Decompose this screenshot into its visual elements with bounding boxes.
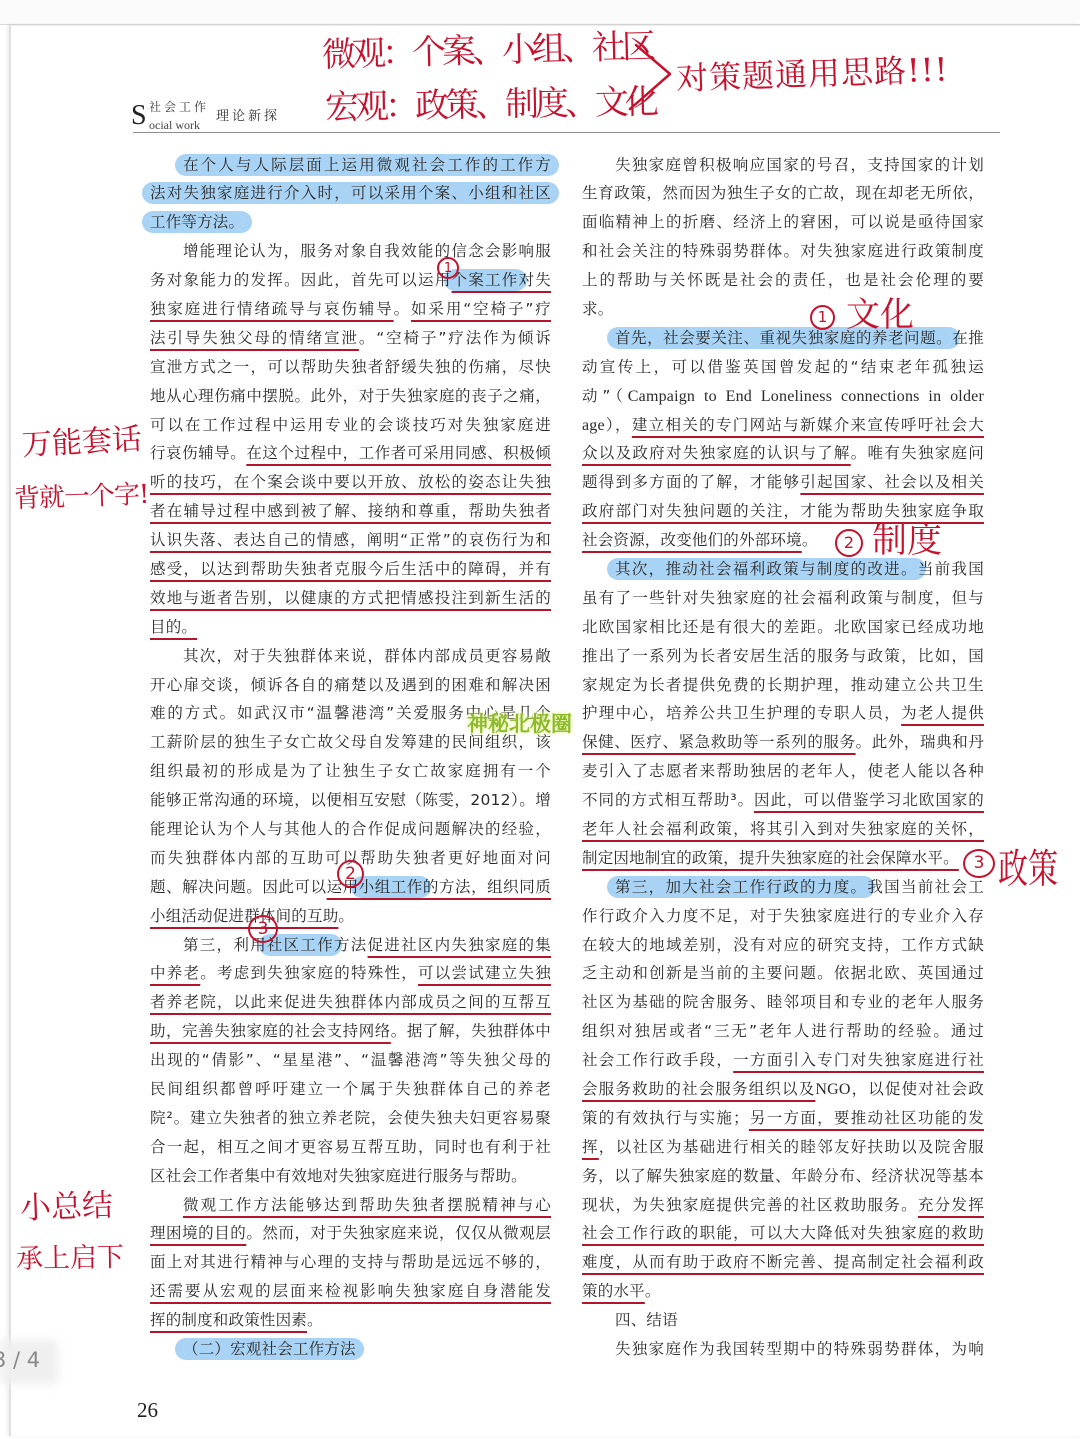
underlined-text: 感受，以达到帮助失独者克服今后生活中的障碍，并有: [150, 560, 551, 578]
text-span: 推出了一系列为长者安居生活的服务与政策，比如，国: [582, 647, 984, 665]
text-span: 策的有效执行与实施；: [582, 1109, 749, 1127]
text-line: 护理中心，培养公共卫生护理的专职人员，为老人提供: [582, 699, 984, 728]
underlined-text: 建立相关的专门网站与新媒介来宣传呼吁社会大: [632, 416, 984, 434]
text-span: age: [582, 417, 605, 434]
text-span: Campaign to End Loneliness connections i…: [628, 388, 984, 405]
left-text-column: 在个人与人际层面上运用微观社会工作的工作方法对失独家庭进行介入时，可以采用个案、…: [150, 151, 551, 1364]
underlined-text: 还需要从宏观的层面来检视影响失独家庭自身潜能发: [150, 1282, 551, 1300]
text-line: 社会工作行政手段，一方面引入专门对失独家庭进行社: [582, 1046, 984, 1075]
text-line: 目的。: [150, 613, 551, 642]
text-span: NGO: [815, 1081, 850, 1098]
text-line: 可以在工作过程中运用专业的会谈技巧对失独家庭进: [150, 411, 551, 440]
text-span: 。: [307, 1311, 323, 1329]
highlighted-text: 社区工作: [267, 936, 334, 954]
text-line: 中养老。考虑到失独家庭的特殊性，可以尝试建立失独: [150, 959, 551, 988]
text-span: 其次，对于失独群体来说，群体内部成员更容易敞: [183, 647, 551, 665]
underlined-text: 法引导失独父母的情绪宣泄: [150, 329, 359, 347]
text-line: 法引导失独父母的情绪宣泄。“空椅子”疗法作为倾诉: [150, 324, 551, 353]
circled-number-2-icon: 2: [835, 529, 863, 557]
underlined-text: 社会资源，改变他们的外部环境: [582, 531, 802, 549]
text-span: 能够正常沟通的环境，以便相互安慰（陈雯，2012）。增: [150, 791, 551, 809]
text-span: 增能理论认为，服务对象自我效能的信念会影响服: [183, 242, 551, 260]
text-span: 麦引入了志愿者来帮助独居的老年人，使老人能以各种: [582, 762, 984, 780]
text-span: 工薪阶层的独生子女亡故父母自发筹建的民间组织，该: [150, 733, 551, 751]
text-line: 认识失落、表达自己的情感，阐明“正常”的哀伤行为和: [150, 526, 551, 555]
text-span: 宣泄方式之一，可以帮助失独者舒缓失独的伤痛，尽快: [150, 358, 551, 376]
text-line: 面上对其进行精神与心理的支持与帮助是远远不够的，: [150, 1248, 551, 1277]
section-heading: （二）宏观社会工作方法: [150, 1335, 551, 1364]
underlined-text: 一方面引入专门对失独家庭进行社: [733, 1051, 984, 1069]
text-span: ，以促使对社会政: [851, 1080, 984, 1098]
text-line: 首先，社会要关注、重视失独家庭的养老问题。在推: [582, 324, 984, 353]
text-line: 会服务救助的社会服务组织以及NGO，以促使对社会政: [582, 1075, 984, 1104]
text-span: 民间组织都曾呼吁建立一个属于失独群体自己的养老: [150, 1080, 551, 1098]
underlined-text: 微观工作方法能够达到帮助失独者摆脱精神与心: [183, 1196, 551, 1214]
text-line: 作行政介入力度不足，对于失独家庭进行的专业介入存: [582, 902, 984, 931]
page-number: 26: [137, 1400, 158, 1421]
underlined-text: 独家庭进行情绪疏导与哀伤辅导: [150, 300, 394, 318]
text-line: 务，以了解失独家庭的数量、年龄分布、经济状况等基本: [582, 1162, 984, 1191]
handwritten-label-culture: 文化: [846, 298, 914, 332]
handwritten-note-conclusion: 对策题通用思路!!!: [676, 53, 950, 94]
text-line: 增能理论认为，服务对象自我效能的信念会影响服: [150, 237, 551, 266]
text-span: 北欧国家相比还是有很大的差距。北欧国家已经成功地: [582, 618, 984, 636]
text-span: 护理中心，培养公共卫生护理的专职人员，: [582, 704, 901, 722]
text-span: 面临精神上的折磨、经济上的窘困，可以说是亟待国家: [582, 213, 984, 231]
text-span: 在较大的地域差别，没有对应的研究支持，工作方式缺: [582, 936, 984, 954]
text-span: 。此外，瑞典和丹: [856, 733, 984, 751]
text-span: 。唯有失独家庭问: [851, 444, 984, 462]
text-span: 。据了解，失独群体中: [391, 1022, 551, 1040]
text-span: 社区为基础的院舍服务、睦邻项目和专业的老年人服务: [582, 993, 984, 1011]
text-span: 失独家庭作为我国转型期中的特殊弱势群体，为响: [615, 1340, 984, 1358]
text-span: 面上对其进行精神与心理的支持与帮助是远远不够的，: [150, 1253, 551, 1271]
section-heading: 四、结语: [582, 1306, 984, 1335]
text-line: 社会工作行政的职能，可以大大降低对失独家庭的救助: [582, 1219, 984, 1248]
page-indicator: 3 / 4: [0, 1350, 40, 1371]
text-line: 能理论认为个人与其他人的合作促成问题解决的经验，: [150, 815, 551, 844]
text-line: 工作等方法。: [150, 208, 551, 237]
highlighted-text: 其次，推动社会福利政策与制度的改进。: [615, 560, 918, 578]
text-span: 上的帮助与关怀既是社会的责任，也是社会伦理的要: [582, 271, 984, 289]
text-span: 。然而，对于失独家庭来说，仅仅从微观层: [246, 1224, 551, 1242]
text-span: 四、结语: [615, 1311, 678, 1329]
underlined-text: 会服务救助的社会服务组织以及: [582, 1080, 815, 1098]
text-line: 虽有了一些针对失独家庭的社会福利政策与制度，但与: [582, 584, 984, 613]
underlined-text: 众以及政府对失独家庭的认识与了解: [582, 444, 851, 462]
text-span: 地从心理伤痛中摆脱。此外，对于失独家庭的丧子之痛，: [150, 387, 551, 405]
text-line: 理困境的目的。然而，对于失独家庭来说，仅仅从微观层: [150, 1219, 551, 1248]
text-line: 其次，对于失独群体来说，群体内部成员更容易敞: [150, 642, 551, 671]
text-line: 动宣传上，可以借鉴英国曾发起的“结束老年孤独运: [582, 353, 984, 382]
underlined-text: 因此，可以借鉴学习北欧国家的: [754, 791, 984, 809]
text-span: 出现的“倩影”、“星星港”、“温馨港湾”等失独父母的: [150, 1051, 551, 1069]
text-line: 地从心理伤痛中摆脱。此外，对于失独家庭的丧子之痛，: [150, 382, 551, 411]
text-line: 失独家庭作为我国转型期中的特殊弱势群体，为响: [582, 1335, 984, 1364]
text-span: 题得到多方面的了解，才能够: [582, 473, 800, 491]
text-line: 行哀伤辅导。在这个过程中，工作者可采用同感、积极倾: [150, 439, 551, 468]
underlined-text: 如采用“空椅子”疗: [411, 300, 551, 318]
underlined-text: 社会工作行政的职能，可以大大降低对失独家庭的救助: [582, 1224, 984, 1242]
text-line: 在较大的地域差别，没有对应的研究支持，工作方式缺: [582, 931, 984, 960]
journal-title-cn: 社会工作: [149, 101, 209, 113]
text-span: 。考虑到失独家庭的特殊性，: [200, 964, 418, 982]
text-span: 能理论认为个人与其他人的合作促成问题解决的经验，: [150, 820, 551, 838]
text-span: 虽有了一些针对失独家庭的社会福利政策与制度，但与: [582, 589, 984, 607]
handwritten-margin-note-upper-1: 万能套话: [21, 425, 142, 461]
underlined-text: 听的技巧，在个案会谈中要以开放、放松的姿态让失独: [150, 473, 551, 491]
text-line: 还需要从宏观的层面来检视影响失独家庭自身潜能发: [150, 1277, 551, 1306]
text-span: 乏主动和创新是当前的主要问题。依据北欧、英国通过: [582, 964, 984, 982]
text-span: 可以在工作过程中运用专业的会谈技巧对失独家庭进: [150, 416, 551, 434]
text-span: 现状，为失独家庭提供完善的社区救助服务。: [582, 1196, 918, 1214]
text-line: 老年人社会福利政策，将其引入到对失独家庭的关怀，: [582, 815, 984, 844]
text-span: 组织对独居或者“三无”老年人进行帮助的经验。通过: [582, 1022, 984, 1040]
text-line: age），建立相关的专门网站与新媒介来宣传呼吁社会大: [582, 411, 984, 440]
text-line: 社区为基础的院舍服务、睦邻项目和专业的老年人服务: [582, 988, 984, 1017]
text-span: 。: [645, 1282, 661, 1300]
text-span: ，以社区为基础进行相关的睦邻友好扶助以及院舍服: [599, 1138, 984, 1156]
text-line: 院²。建立失独者的独立养老院，会使失独夫妇更容易聚: [150, 1104, 551, 1133]
text-line: 法对失独家庭进行介入时，可以采用个案、小组和社区: [150, 179, 551, 208]
underlined-text: 可以尝试建立失独: [418, 964, 551, 982]
underlined-text: 策的水平: [582, 1282, 645, 1300]
text-line: 保健、医疗、紧急救助等一系列的服务。此外，瑞典和丹: [582, 728, 984, 757]
text-span: 作行政介入力度不足，对于失独家庭进行的专业介入存: [582, 907, 984, 925]
text-line: 动”（Campaign to End Loneliness connection…: [582, 382, 984, 411]
text-line: 策的水平。: [582, 1277, 984, 1306]
text-span: 。: [394, 300, 411, 318]
text-line: 第三，加大社会工作行政的力度。我国当前社会工: [582, 873, 984, 902]
highlighted-text: 小组工作: [359, 878, 423, 896]
underlined-text: 充分发挥: [918, 1196, 984, 1214]
highlighted-text: 在个人与人际层面上运用微观社会工作的工作方: [183, 156, 551, 174]
underlined-text: 小组活动促进群体间的互助: [150, 907, 338, 925]
text-line: 务对象能力的发挥。因此，首先可以运用个案工作对失: [150, 266, 551, 295]
text-span: 家规定为长者提供免费的长期护理，推动建立公共卫生: [582, 676, 984, 694]
text-line: 难度，从而有助于政府不断完善、提高制定社会福利政: [582, 1248, 984, 1277]
text-line: 家规定为长者提供免费的长期护理，推动建立公共卫生: [582, 671, 984, 700]
underlined-text: 的方法，组织同质: [423, 878, 551, 896]
highlighted-text: 法对失独家庭进行介入时，可以采用个案、小组和社区: [150, 184, 551, 202]
text-span: 社会工作行政手段，: [582, 1051, 733, 1069]
handwritten-margin-note-lower-2: 承上启下: [16, 1244, 124, 1273]
text-line: 助，完善失独家庭的社会支持网络。据了解，失独群体中: [150, 1017, 551, 1046]
text-line: 挥的制度和政策性因素。: [150, 1306, 551, 1335]
text-line: 者养老院，以此来促进失独群体内部成员之间的互帮互: [150, 988, 551, 1017]
text-line: 组织对独居或者“三无”老年人进行帮助的经验。通过: [582, 1017, 984, 1046]
handwritten-label-policy: 政策: [998, 850, 1058, 891]
text-line: 失独家庭曾积极响应国家的号召，支持国家的计划: [582, 151, 984, 180]
text-span: 院²。建立失独者的独立养老院，会使失独夫妇更容易聚: [150, 1109, 551, 1127]
text-span: 不同的方式相互帮助³。: [582, 791, 754, 809]
text-line: 合一起，相互之间才更容易互帮互助，同时也有利于社: [150, 1133, 551, 1162]
handwritten-margin-note-lower-1: 小总结: [19, 1190, 113, 1224]
text-span: 行哀伤辅导。: [150, 444, 246, 462]
text-span: ），: [605, 416, 632, 434]
text-span: 失独家庭曾积极响应国家的号召，支持国家的计划: [615, 156, 984, 174]
text-span: 务，以了解失独家庭的数量、年龄分布、经济状况等基本: [582, 1167, 984, 1185]
text-line: 现状，为失独家庭提供完善的社区救助服务。充分发挥: [582, 1191, 984, 1220]
underlined-text: 政府部门对失独问题的关注，才能为帮助失独家庭争取: [582, 502, 984, 520]
text-span: 求。: [582, 300, 613, 318]
text-line: 策的有效执行与实施；另一方面，要推动社区功能的发: [582, 1104, 984, 1133]
text-span: 我国当前社会工: [867, 878, 984, 896]
underlined-text: 挥的制度和政策性因素: [150, 1311, 307, 1329]
text-span: 开心扉交谈，倾诉各自的痛楚以及遇到的困难和解决困: [150, 676, 551, 694]
handwritten-margin-note-upper-2: 背就一个字!: [14, 482, 149, 513]
underlined-text: 对失: [519, 271, 551, 289]
underlined-text: 为老人提供: [901, 704, 984, 722]
underlined-text: 引起国家、社会以及相关: [800, 473, 984, 491]
text-line: 推出了一系列为长者安居生活的服务与政策，比如，国: [582, 642, 984, 671]
text-line: 微观工作方法能够达到帮助失独者摆脱精神与心: [150, 1191, 551, 1220]
text-line: 第三，利用社区工作方法促进社区内失独家庭的集: [150, 931, 551, 960]
underlined-text: 难度，从而有助于政府不断完善、提高制定社会福利政: [582, 1253, 984, 1271]
underlined-text: 中养老: [150, 964, 200, 982]
text-line: 小组活动促进群体间的互助。: [150, 902, 551, 931]
text-line: 面临精神上的折磨、经济上的窘困，可以说是亟待国家: [582, 208, 984, 237]
handwritten-label-system: 制度: [872, 524, 942, 559]
underlined-text: 挥: [582, 1138, 599, 1156]
text-line: 挥，以社区为基础进行相关的睦邻友好扶助以及院舍服: [582, 1133, 984, 1162]
underlined-text: 者在辅导过程中感到被了解、接纳和尊重，帮助失独者: [150, 502, 551, 520]
underlined-text: 制定因地制宜的政策，提升失独家庭的社会保障水平。: [582, 849, 959, 867]
text-span: 生育政策，然而因为独生子女的亡故，现在却老无所依，: [582, 184, 984, 202]
text-line: 宣泄方式之一，可以帮助失独者舒缓失独的伤痛，尽快: [150, 353, 551, 382]
text-line: 众以及政府对失独家庭的认识与了解。唯有失独家庭问: [582, 439, 984, 468]
underlined-text: 目的。: [150, 618, 197, 636]
text-span: 方法: [334, 936, 368, 954]
underlined-text: 另一方面，要推动社区功能的发: [749, 1109, 984, 1127]
highlighted-text: 工作等方法。: [150, 213, 244, 231]
text-line: 麦引入了志愿者来帮助独居的老年人，使老人能以各种: [582, 757, 984, 786]
underlined-text: 保健、医疗、紧急救助等一系列的服务: [582, 733, 856, 751]
handwritten-note-micro: 微观：个案、小组、社区: [322, 30, 653, 73]
text-span: 动宣传上，可以借鉴英国曾发起的“结束老年孤独运: [582, 358, 984, 376]
text-line: 出现的“倩影”、“星星港”、“温馨港湾”等失独父母的: [150, 1046, 551, 1075]
highlighted-text: 第三，加大社会工作行政的力度。: [615, 878, 867, 896]
text-span: 。: [802, 531, 818, 549]
text-line: 感受，以达到帮助失独者克服今后生活中的障碍，并有: [150, 555, 551, 584]
header-rule: [133, 132, 1000, 133]
text-line: 能够正常沟通的环境，以便相互安慰（陈雯，2012）。增: [150, 786, 551, 815]
circled-number-3-icon: 3: [963, 849, 995, 878]
underlined-text: 效地与逝者告别，以健康的方式把情感投注到新生活的: [150, 589, 551, 607]
underlined-text: 理困境的目的: [150, 1224, 246, 1242]
text-line: 题得到多方面的了解，才能够引起国家、社会以及相关: [582, 468, 984, 497]
text-line: 乏主动和创新是当前的主要问题。依据北欧、英国通过: [582, 959, 984, 988]
text-line: 效地与逝者告别，以健康的方式把情感投注到新生活的: [150, 584, 551, 613]
text-line: 上的帮助与关怀既是社会的责任，也是社会伦理的要: [582, 266, 984, 295]
text-span: 。: [338, 907, 354, 925]
journal-logo-initial: S: [131, 102, 147, 130]
handwritten-bracket-icon: [620, 38, 680, 118]
text-span: 当前我国: [918, 560, 984, 578]
text-span: 题、解决问题。因此可以: [150, 878, 327, 896]
text-span: 。“空椅子”疗法作为倾诉: [359, 329, 551, 347]
text-span: 合一起，相互之间才更容易互帮互助，同时也有利于社: [150, 1138, 551, 1156]
text-span: 务对象能力的发挥。因此，首先可以运用: [150, 271, 452, 289]
text-line: 开心扉交谈，倾诉各自的痛楚以及遇到的困难和解决困: [150, 671, 551, 700]
highlighted-text: 个案工作: [452, 271, 519, 289]
text-span: 组织最初的形成是为了让独生子女亡故家庭拥有一个: [150, 762, 551, 780]
text-line: 求。: [582, 295, 984, 324]
text-line: 在个人与人际层面上运用微观社会工作的工作方: [150, 151, 551, 180]
text-line: 独家庭进行情绪疏导与哀伤辅导。如采用“空椅子”疗: [150, 295, 551, 324]
text-line: 者在辅导过程中感到被了解、接纳和尊重，帮助失独者: [150, 497, 551, 526]
circled-number-1-icon: 1: [437, 257, 459, 279]
text-line: 生育政策，然而因为独生子女的亡故，现在却老无所依，: [582, 179, 984, 208]
underlined-text: 促进社区内失独家庭的集: [368, 936, 551, 954]
text-line: 区社会工作者集中有效地对失独家庭进行服务与帮助。: [150, 1162, 551, 1191]
underlined-text: 老年人社会福利政策，将其引入到对失独家庭的关怀，: [582, 820, 984, 838]
journal-title-en: ocial work: [149, 119, 200, 131]
underlined-text: 在这个过程中，工作者可采用同感、积极倾: [246, 444, 551, 462]
text-span: 动”（: [582, 387, 628, 405]
watermark: 神秘北极圈: [467, 714, 572, 735]
circled-number-1-icon: 1: [810, 305, 835, 330]
text-line: 民间组织都曾呼吁建立一个属于失独群体自己的养老: [150, 1075, 551, 1104]
circled-number-3-icon: 3: [248, 915, 278, 943]
viewer-top-edge: [0, 0, 1080, 25]
text-span: 和社会关注的特殊弱势群体。对失独家庭进行政策制度: [582, 242, 984, 260]
text-line: 制定因地制宜的政策，提升失独家庭的社会保障水平。: [582, 844, 984, 873]
right-text-column: 失独家庭曾积极响应国家的号召，支持国家的计划生育政策，然而因为独生子女的亡故，现…: [582, 151, 984, 1364]
circled-number-2-icon: 2: [337, 860, 364, 888]
text-line: 北欧国家相比还是有很大的差距。北欧国家已经成功地: [582, 613, 984, 642]
column-name: 理论新探: [216, 110, 280, 123]
text-line: 不同的方式相互帮助³。因此，可以借鉴学习北欧国家的: [582, 786, 984, 815]
underlined-text: 者养老院，以此来促进失独群体内部成员之间的互帮互: [150, 993, 551, 1011]
highlighted-text: （二）宏观社会工作方法: [183, 1340, 356, 1358]
underlined-text: 认识失落、表达自己的情感，阐明“正常”的哀伤行为和: [150, 531, 551, 549]
handwritten-note-macro: 宏观：政策、制度、文化: [325, 85, 656, 125]
text-span: 区社会工作者集中有效地对失独家庭进行服务与帮助。: [150, 1167, 527, 1185]
text-span: 在推: [952, 329, 984, 347]
text-line: 和社会关注的特殊弱势群体。对失独家庭进行政策制度: [582, 237, 984, 266]
underlined-text: 助，完善失独家庭的社会支持网络: [150, 1022, 391, 1040]
text-line: 组织最初的形成是为了让独生子女亡故家庭拥有一个: [150, 757, 551, 786]
text-line: 听的技巧，在个案会谈中要以开放、放松的姿态让失独: [150, 468, 551, 497]
